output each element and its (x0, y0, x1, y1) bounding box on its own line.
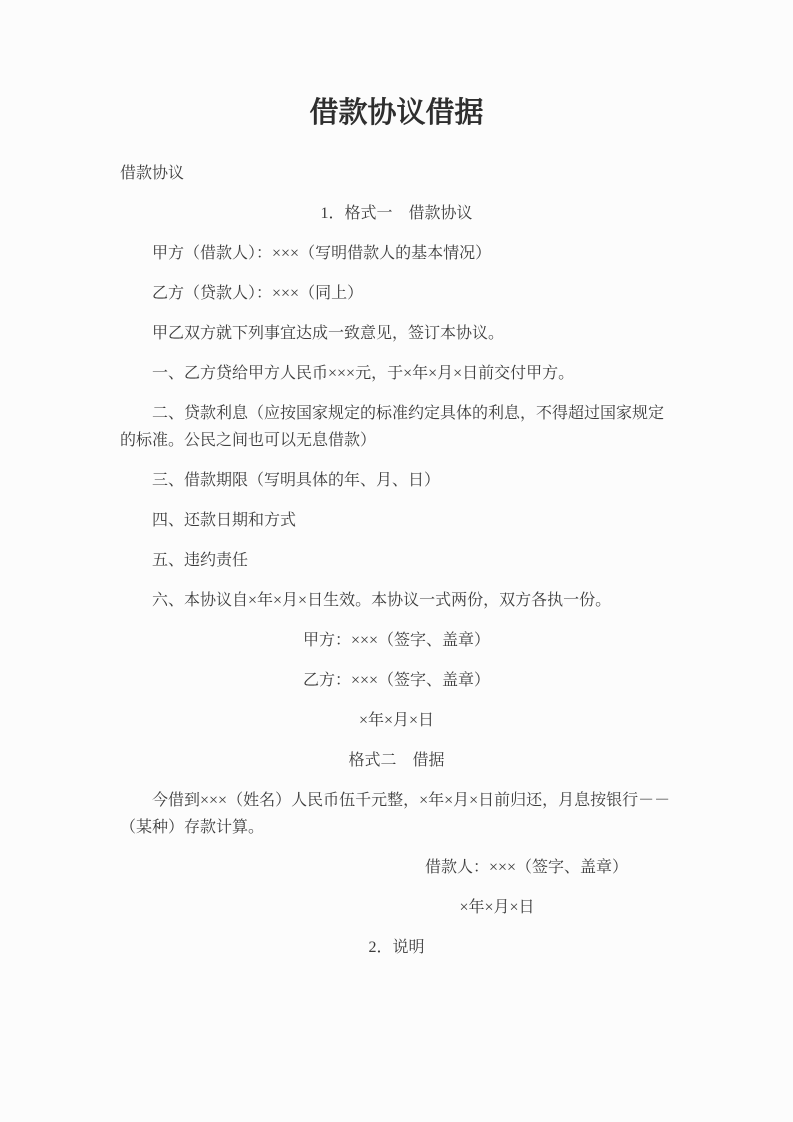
format-one-date-line: ×年×月×日 (120, 707, 673, 734)
party-a-line: 甲方（借款人）：×××（写明借款人的基本情况） (120, 240, 673, 267)
preamble-line: 甲乙双方就下列事宜达成一致意见，签订本协议。 (120, 320, 673, 347)
format-one-heading: 1．格式一 借款协议 (120, 200, 673, 227)
notes-heading: 2．说明 (120, 934, 673, 961)
clause-2: 二、贷款利息（应按国家规定的标准约定具体的利息，不得超过国家规定的标准。公民之间… (120, 400, 673, 454)
iou-body: 今借到×××（姓名）人民币伍千元整，×年×月×日前归还，月息按银行－－（某种）存… (120, 787, 673, 841)
document-label: 借款协议 (120, 160, 673, 187)
signature-party-b: 乙方：×××（签字、盖章） (120, 667, 673, 694)
clause-1: 一、乙方贷给甲方人民币×××元，于×年×月×日前交付甲方。 (120, 360, 673, 387)
format-two-heading: 格式二 借据 (120, 747, 673, 774)
party-b-line: 乙方（贷款人）：×××（同上） (120, 280, 673, 307)
document-title: 借款协议借据 (120, 92, 673, 134)
format-two-date-line: ×年×月×日 (321, 894, 673, 921)
document-page: 借款协议借据 借款协议 1．格式一 借款协议 甲方（借款人）：×××（写明借款人… (0, 0, 793, 1122)
borrower-signature-line: 借款人：×××（签字、盖章） (380, 854, 673, 881)
clause-6: 六、本协议自×年×月×日生效。本协议一式两份，双方各执一份。 (120, 587, 673, 614)
clause-5: 五、违约责任 (120, 547, 673, 574)
clause-4: 四、还款日期和方式 (120, 507, 673, 534)
signature-party-a: 甲方：×××（签字、盖章） (120, 627, 673, 654)
clause-3: 三、借款期限（写明具体的年、月、日） (120, 467, 673, 494)
